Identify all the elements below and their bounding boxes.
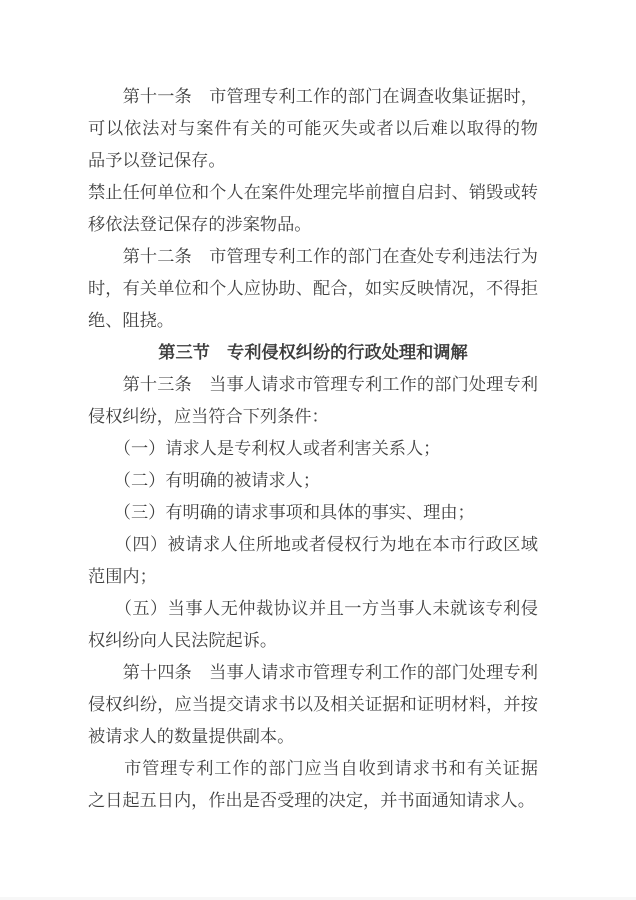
text-line: 第十一条 市管理专利工作的部门在调查收集证据时， xyxy=(88,81,538,113)
text-line: 权纠纷向人民法院起诉。 xyxy=(88,625,538,657)
text-line: （四）被请求人住所地或者侵权行为地在本市行政区域 xyxy=(88,529,538,561)
text-line: 之日起五日内，作出是否受理的决定，并书面通知请求人。 xyxy=(88,785,538,817)
text-line: 第十三条 当事人请求市管理专利工作的部门处理专利 xyxy=(88,369,538,401)
text-line: （五）当事人无仲裁协议并且一方当事人未就该专利侵 xyxy=(88,593,538,625)
text-line: 绝、阻挠。 xyxy=(88,305,538,337)
text-line: （一）请求人是专利权人或者利害关系人； xyxy=(88,433,538,465)
text-line: 被请求人的数量提供副本。 xyxy=(88,721,538,753)
text-line: 市管理专利工作的部门应当自收到请求书和有关证据 xyxy=(88,753,538,785)
text-line: 第十四条 当事人请求市管理专利工作的部门处理专利 xyxy=(88,657,538,689)
text-line: 移依法登记保存的涉案物品。 xyxy=(88,209,538,241)
section-heading: 第三节 专利侵权纠纷的行政处理和调解 xyxy=(88,337,538,369)
text-line: 品予以登记保存。 xyxy=(88,145,538,177)
text-line: 时，有关单位和个人应协助、配合，如实反映情况，不得拒 xyxy=(88,273,538,305)
text-line: 范围内； xyxy=(88,561,538,593)
text-line: 第十二条 市管理专利工作的部门在查处专利违法行为 xyxy=(88,241,538,273)
text-line: 禁止任何单位和个人在案件处理完毕前擅自启封、销毁或转 xyxy=(88,177,538,209)
text-line: 侵权纠纷，应当符合下列条件： xyxy=(88,401,538,433)
text-line: （二）有明确的被请求人； xyxy=(88,465,538,497)
text-line: 侵权纠纷，应当提交请求书以及相关证据和证明材料，并按 xyxy=(88,689,538,721)
text-line: （三）有明确的请求事项和具体的事实、理由； xyxy=(88,497,538,529)
text-line: 可以依法对与案件有关的可能灭失或者以后难以取得的物 xyxy=(88,113,538,145)
document-page: 第十一条 市管理专利工作的部门在调查收集证据时，可以依法对与案件有关的可能灭失或… xyxy=(0,0,636,900)
document-content: 第十一条 市管理专利工作的部门在调查收集证据时，可以依法对与案件有关的可能灭失或… xyxy=(88,81,538,817)
